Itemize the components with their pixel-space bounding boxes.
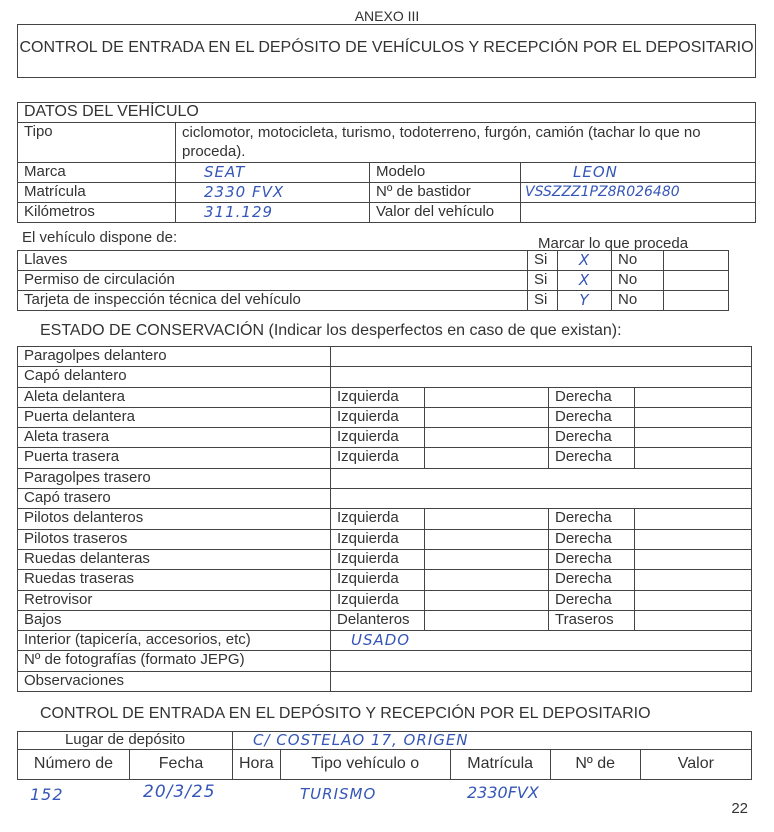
- right-side-field[interactable]: [635, 529, 752, 549]
- equipment-row: Permiso de circulaciónSiXNo: [18, 271, 729, 291]
- right-side-label: Derecha: [549, 387, 635, 407]
- right-side-label: Derecha: [549, 428, 635, 448]
- bastidor-label: Nº de bastidor: [370, 183, 521, 203]
- condition-field[interactable]: [331, 347, 752, 367]
- condition-field[interactable]: [331, 468, 752, 488]
- matricula-value[interactable]: 2330FVX: [467, 783, 539, 802]
- equipment-label: Llaves: [18, 251, 528, 271]
- vehicle-data-table: DATOS DEL VEHÍCULO Tipo ciclomotor, moto…: [17, 102, 756, 223]
- condition-label: Capó trasero: [18, 489, 331, 509]
- tipo-options[interactable]: ciclomotor, motocicleta, turismo, todote…: [176, 123, 756, 163]
- marca-field[interactable]: SEAT: [176, 163, 370, 183]
- yes-label: Si: [528, 251, 558, 271]
- no-checkbox[interactable]: [664, 291, 729, 311]
- left-side-field[interactable]: [425, 570, 549, 590]
- deposit-column-header: Matrícula: [450, 750, 550, 780]
- condition-row: Observaciones: [18, 671, 752, 691]
- matricula-label: Matrícula: [18, 183, 176, 203]
- left-side-field[interactable]: [425, 407, 549, 427]
- condition-field[interactable]: [331, 367, 752, 387]
- condition-row: Aleta delanteraIzquierdaDerecha: [18, 387, 752, 407]
- left-side-field[interactable]: [425, 387, 549, 407]
- deposit-column-header: Fecha: [130, 750, 233, 780]
- condition-row: Pilotos delanterosIzquierdaDerecha: [18, 509, 752, 529]
- left-side-field[interactable]: [425, 610, 549, 630]
- yes-checkbox[interactable]: X: [558, 251, 612, 271]
- condition-label: Bajos: [18, 610, 331, 630]
- right-side-field[interactable]: [635, 509, 752, 529]
- no-checkbox[interactable]: [664, 271, 729, 291]
- km-field[interactable]: 311.129: [176, 203, 370, 223]
- fecha-value[interactable]: 20/3/25: [143, 782, 216, 802]
- document-title: CONTROL DE ENTRADA EN EL DEPÓSITO DE VEH…: [17, 24, 756, 78]
- right-side-label: Derecha: [549, 570, 635, 590]
- modelo-label: Modelo: [370, 163, 521, 183]
- left-side-label: Izquierda: [331, 428, 425, 448]
- condition-row: Interior (tapicería, accesorios, etc)USA…: [18, 631, 752, 651]
- equipment-row: LlavesSiXNo: [18, 251, 729, 271]
- yes-checkbox[interactable]: Y: [558, 291, 612, 311]
- condition-row: Paragolpes trasero: [18, 468, 752, 488]
- condition-row: Aleta traseraIzquierdaDerecha: [18, 428, 752, 448]
- left-side-field[interactable]: [425, 529, 549, 549]
- left-side-label: Izquierda: [331, 407, 425, 427]
- condition-row: Puerta traseraIzquierdaDerecha: [18, 448, 752, 468]
- deposit-column-header: Hora: [233, 750, 281, 780]
- equipment-intro: El vehículo dispone de:: [22, 229, 177, 246]
- right-side-label: Derecha: [549, 509, 635, 529]
- left-side-label: Delanteros: [331, 610, 425, 630]
- condition-row: Ruedas traserasIzquierdaDerecha: [18, 570, 752, 590]
- yes-checkbox[interactable]: X: [558, 271, 612, 291]
- no-label: No: [612, 271, 664, 291]
- left-side-label: Izquierda: [331, 448, 425, 468]
- left-side-field[interactable]: [425, 428, 549, 448]
- left-side-label: Izquierda: [331, 570, 425, 590]
- yes-label: Si: [528, 291, 558, 311]
- left-side-field[interactable]: [425, 549, 549, 569]
- equipment-row: Tarjeta de inspección técnica del vehícu…: [18, 291, 729, 311]
- left-side-label: Izquierda: [331, 509, 425, 529]
- place-label: Lugar de depósito: [18, 732, 233, 750]
- valor-label: Valor del vehículo: [370, 203, 521, 223]
- matricula-field[interactable]: 2330 FVX: [176, 183, 370, 203]
- right-side-field[interactable]: [635, 590, 752, 610]
- annex-label: ANEXO III: [0, 8, 774, 24]
- right-side-label: Derecha: [549, 529, 635, 549]
- yes-label: Si: [528, 271, 558, 291]
- equipment-label: Tarjeta de inspección técnica del vehícu…: [18, 291, 528, 311]
- numero-value[interactable]: 152: [30, 785, 64, 804]
- deposit-column-header: Número de: [18, 750, 130, 780]
- condition-row: Nº de fotografías (formato JEPG): [18, 651, 752, 671]
- left-side-label: Izquierda: [331, 529, 425, 549]
- no-label: No: [612, 291, 664, 311]
- deposit-column-header: Valor: [640, 750, 751, 780]
- equipment-label: Permiso de circulación: [18, 271, 528, 291]
- condition-label: Ruedas delanteras: [18, 549, 331, 569]
- right-side-field[interactable]: [635, 428, 752, 448]
- condition-field[interactable]: [331, 489, 752, 509]
- left-side-field[interactable]: [425, 590, 549, 610]
- vehicle-section-title: DATOS DEL VEHÍCULO: [18, 103, 756, 123]
- condition-label: Puerta delantera: [18, 407, 331, 427]
- condition-label: Ruedas traseras: [18, 570, 331, 590]
- marca-label: Marca: [18, 163, 176, 183]
- left-side-label: Izquierda: [331, 590, 425, 610]
- condition-table: Paragolpes delanteroCapó delanteroAleta …: [17, 346, 752, 692]
- no-checkbox[interactable]: [664, 251, 729, 271]
- condition-label: Retrovisor: [18, 590, 331, 610]
- left-side-label: Izquierda: [331, 387, 425, 407]
- condition-row: Paragolpes delantero: [18, 347, 752, 367]
- tipo-value[interactable]: TURISMO: [300, 785, 376, 803]
- right-side-field[interactable]: [635, 570, 752, 590]
- condition-row: Ruedas delanterasIzquierdaDerecha: [18, 549, 752, 569]
- km-label: Kilómetros: [18, 203, 176, 223]
- condition-label: Interior (tapicería, accesorios, etc): [18, 631, 331, 651]
- left-side-field[interactable]: [425, 509, 549, 529]
- condition-row: Puerta delanteraIzquierdaDerecha: [18, 407, 752, 427]
- condition-label: Paragolpes delantero: [18, 347, 331, 367]
- condition-section-title: ESTADO DE CONSERVACIÓN (Indicar los desp…: [40, 322, 622, 340]
- deposit-column-header: Nº de: [550, 750, 640, 780]
- condition-label: Puerta trasera: [18, 448, 331, 468]
- deposit-column-header: Tipo vehículo o: [280, 750, 450, 780]
- condition-row: Capó trasero: [18, 489, 752, 509]
- no-label: No: [612, 251, 664, 271]
- valor-field[interactable]: [521, 203, 756, 223]
- deposit-section-title: CONTROL DE ENTRADA EN EL DEPÓSITO Y RECE…: [40, 705, 651, 723]
- right-side-label: Traseros: [549, 610, 635, 630]
- condition-row: Pilotos traserosIzquierdaDerecha: [18, 529, 752, 549]
- place-field[interactable]: C/ COSTELAO 17, ORIGEN: [233, 732, 752, 750]
- bastidor-field[interactable]: VSSZZZ1PZ8R026480: [521, 183, 756, 203]
- right-side-field[interactable]: [635, 387, 752, 407]
- condition-label: Aleta delantera: [18, 387, 331, 407]
- right-side-field[interactable]: [635, 610, 752, 630]
- condition-field[interactable]: [331, 651, 752, 671]
- page-number: 22: [731, 800, 748, 817]
- condition-field[interactable]: USADO: [331, 631, 752, 651]
- document-title-text: CONTROL DE ENTRADA EN EL DEPÓSITO DE VEH…: [19, 39, 753, 56]
- condition-label: Capó delantero: [18, 367, 331, 387]
- condition-field[interactable]: [331, 671, 752, 691]
- right-side-field[interactable]: [635, 448, 752, 468]
- deposit-table: Lugar de depósito C/ COSTELAO 17, ORIGEN…: [17, 731, 752, 780]
- right-side-label: Derecha: [549, 590, 635, 610]
- condition-label: Paragolpes trasero: [18, 468, 331, 488]
- tipo-label: Tipo: [18, 123, 176, 163]
- right-side-label: Derecha: [549, 549, 635, 569]
- left-side-field[interactable]: [425, 448, 549, 468]
- condition-label: Nº de fotografías (formato JEPG): [18, 651, 331, 671]
- condition-label: Pilotos traseros: [18, 529, 331, 549]
- condition-row: BajosDelanterosTraseros: [18, 610, 752, 630]
- condition-row: Capó delantero: [18, 367, 752, 387]
- modelo-field[interactable]: LEON: [521, 163, 756, 183]
- condition-label: Observaciones: [18, 671, 331, 691]
- right-side-field[interactable]: [635, 407, 752, 427]
- equipment-table: LlavesSiXNoPermiso de circulaciónSiXNoTa…: [17, 250, 729, 311]
- right-side-label: Derecha: [549, 407, 635, 427]
- condition-label: Pilotos delanteros: [18, 509, 331, 529]
- condition-label: Aleta trasera: [18, 428, 331, 448]
- left-side-label: Izquierda: [331, 549, 425, 569]
- right-side-field[interactable]: [635, 549, 752, 569]
- condition-row: RetrovisorIzquierdaDerecha: [18, 590, 752, 610]
- right-side-label: Derecha: [549, 448, 635, 468]
